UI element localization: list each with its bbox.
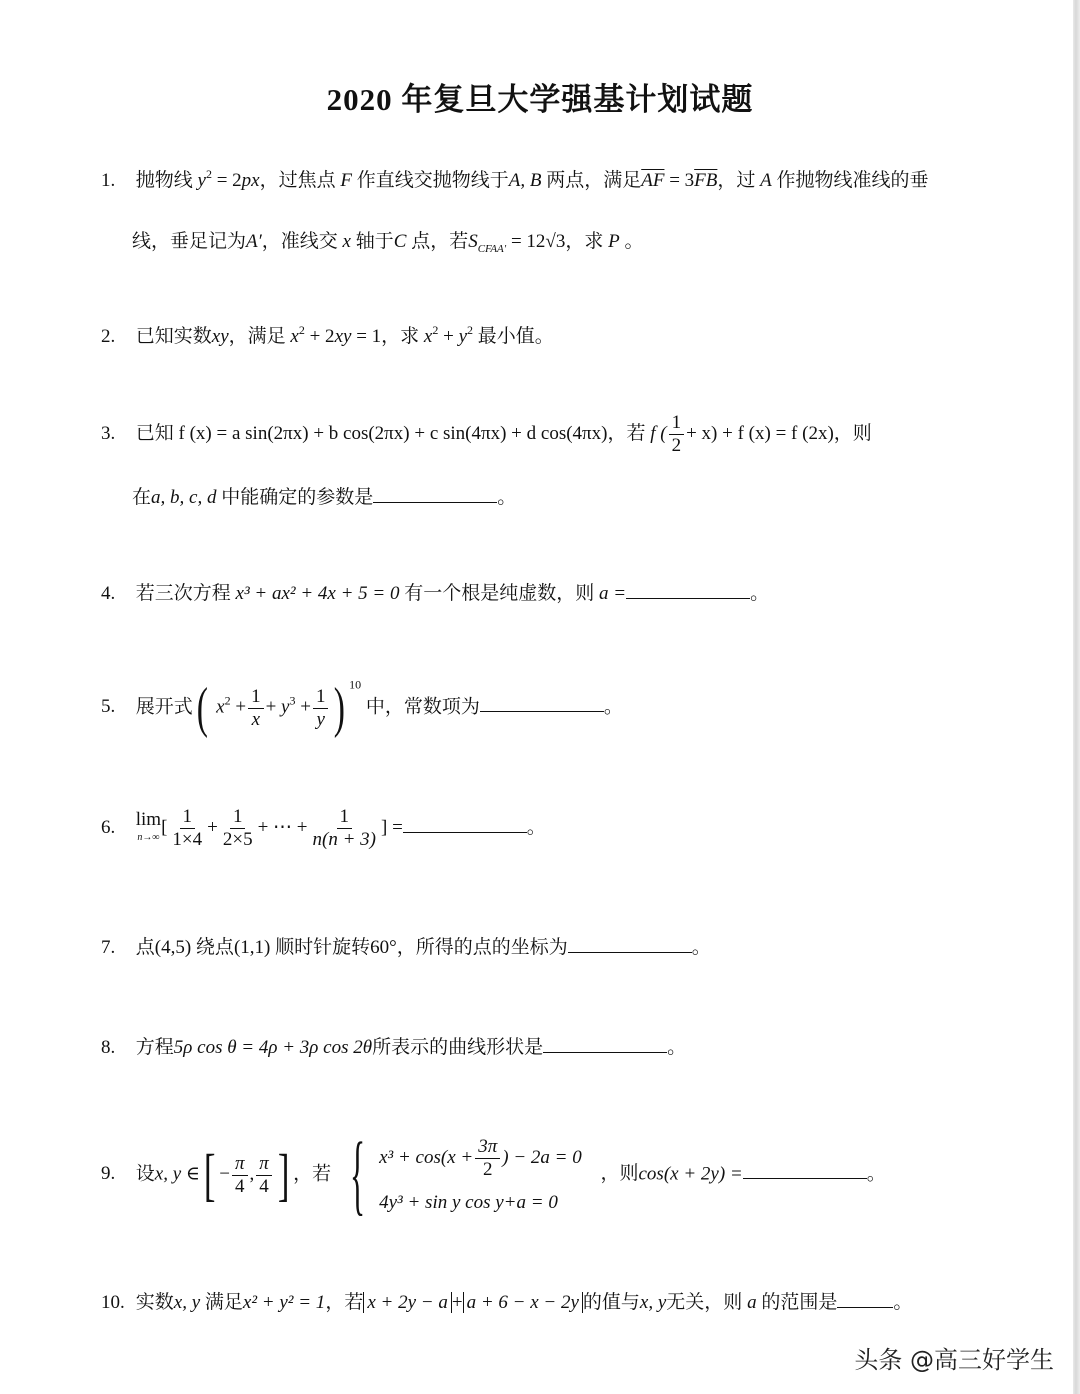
text: ，过 [717,170,755,191]
text: ，若 [607,423,645,444]
question-number: 7. [101,936,131,960]
numerator: 1 [248,686,264,709]
denominator: y [313,709,327,731]
right-paren: ) [334,680,345,736]
text: 顺时针旋转 [275,937,370,958]
fraction: 12×5 [220,806,256,851]
text: 已知实数 [136,326,212,347]
text: ，满足 [229,326,286,347]
question-8: 8. 方程5ρ cos θ = 4ρ + 3ρ cos 2θ所表示的曲线形状是。 [101,1034,686,1060]
text: ，则 [834,423,872,444]
question-5: 5. 展开式( x2 +1x+ y3 +1y)10 中，常数项为。 [101,680,623,736]
numerator: 1 [313,686,329,709]
numerator: π [256,1153,272,1176]
left-brace: { [350,1130,365,1220]
math: + [300,696,311,717]
text: 两点，满足 [546,170,641,191]
text: 。 [750,583,769,604]
text: 作直线交抛物线于 [357,170,509,191]
question-3: 3. 已知 f (x) = a sin(2πx) + b cos(2πx) + … [101,412,872,457]
math: xy [212,326,229,347]
text: 。 [867,1163,886,1184]
numerator: 1 [669,412,685,435]
math: ) − 2a = 0 [502,1146,581,1167]
math: A, B [509,170,542,191]
denominator: 1×4 [169,829,205,851]
text: ，准线交 [262,231,338,252]
question-2: 2. 已知实数xy，满足 x2 + 2xy = 1，求 x2 + y2 最小值。 [101,325,554,349]
limit: limn→∞ [136,811,161,847]
math: cos(x + 2y) = [639,1163,743,1184]
math: 60° [370,937,397,958]
text: 的范围是 [761,1292,837,1313]
denominator: 4 [256,1176,272,1198]
fraction: 11×4 [169,806,205,851]
text: 。 [624,231,643,252]
text: 中能确定的参数是 [221,487,373,508]
math: A [760,170,772,191]
question-1-line-2: 线，垂足记为A′，准线交 x 轴于C 点，若SCFAA′ = 12√3，求 P … [132,226,643,253]
left-paren: ( [196,680,207,736]
math: px [242,170,260,191]
answer-blank[interactable] [568,934,692,953]
math-sup: 2 [225,693,231,707]
math-sup: 2 [467,323,473,337]
math: + [438,326,458,347]
question-number: 1. [101,169,131,193]
answer-blank[interactable] [743,1160,867,1179]
numerator: π [232,1153,248,1176]
math: C [394,231,407,252]
math: + ⋯ + [258,817,308,838]
answer-blank[interactable] [543,1034,667,1053]
math: (4,5) [155,937,191,958]
question-4: 4. 若三次方程 x³ + ax² + 4x + 5 = 0 有一个根是纯虚数，… [101,580,769,606]
numerator: 1 [180,806,196,829]
math: f (x) = a sin(2πx) + b cos(2πx) + c sin(… [179,423,608,444]
math-sub: CFAA′ [478,243,506,255]
math: = 2 [212,170,242,191]
text: 所表示的曲线形状是 [372,1037,543,1058]
text: 方程 [136,1037,174,1058]
fraction: 1n(n + 3) [310,806,379,851]
math: (1,1) [234,937,270,958]
question-number: 2. [101,325,131,349]
text: 已知 [136,423,174,444]
math: x [343,231,351,252]
text: ，求 [565,231,603,252]
math: = 3 [664,170,694,191]
exponent: 10 [349,677,361,691]
math: x, y [640,1292,666,1313]
text: 最小值。 [478,326,554,347]
text: ，若 [325,1292,363,1313]
math: = 12√3 [506,231,565,252]
text: 。 [667,1037,686,1058]
text: 无关，则 [666,1292,742,1313]
question-number: 10. [101,1291,131,1315]
lim-label: lim [136,811,161,829]
text: 有一个根是纯虚数，则 [404,583,594,604]
absolute-value: x + 2y − a [363,1292,452,1313]
fraction: π4 [256,1153,272,1198]
text: 轴于 [356,231,394,252]
left-bracket: [ [204,1146,216,1204]
math: x [216,696,224,717]
text: 在 [132,487,151,508]
equation-1: x³ + cos(x +3π2) − 2a = 0 [379,1136,582,1181]
math: x² + y² = 1 [243,1292,325,1313]
math: + x) + f (x) = f (2x) [686,423,834,444]
question-number: 3. [101,422,131,446]
math: x [290,326,298,347]
answer-blank[interactable] [403,814,527,833]
math: x³ + ax² + 4x + 5 = 0 [236,583,400,604]
text: ，过焦点 [260,170,336,191]
math: S [468,231,478,252]
text: 的值与 [583,1292,640,1313]
question-10: 10. 实数x, y 满足x² + y² = 1，若x + 2y − a+a +… [101,1289,912,1315]
math-sup: 3 [289,693,295,707]
denominator: x [249,709,263,731]
text: 若三次方程 [136,583,231,604]
question-3-line-2: 在a, b, c, d 中能确定的参数是。 [132,482,516,509]
question-7: 7. 点(4,5) 绕点(1,1) 顺时针旋转60°，所得的点的坐标为。 [101,934,711,960]
numerator: 1 [337,806,353,829]
numerator: 1 [230,806,246,829]
math: xy [335,326,352,347]
denominator: 2 [480,1159,496,1181]
math: = 1，求 [351,326,419,347]
text: 。 [893,1292,912,1313]
math: + [235,696,246,717]
math: ] = [381,817,403,838]
math: + 2 [305,326,335,347]
math: a = [599,583,626,604]
answer-blank[interactable] [373,484,497,503]
question-number: 5. [101,695,131,719]
math: 5ρ cos θ = 4ρ + 3ρ cos 2θ [174,1037,372,1058]
question-number: 6. [101,816,131,840]
vector: FB [694,170,717,191]
question-number: 4. [101,582,131,606]
equation-2: 4y³ + sin y cos y+a = 0 [379,1191,582,1215]
lim-subscript: n→∞ [137,829,159,847]
equations: x³ + cos(x +3π2) − 2a = 0 4y³ + sin y co… [379,1136,582,1215]
text: 设 [136,1163,155,1184]
text: 点，若 [411,231,468,252]
math: [ [161,817,167,838]
math: y [198,170,206,191]
math: + [266,696,277,717]
numerator: 3π [475,1136,500,1159]
document-title: 2020 年复旦大学强基计划试题 [0,74,1080,119]
math: a [747,1292,757,1313]
math: a, b, c, d [151,487,216,508]
text: 绕点 [196,937,234,958]
equation-system: { x³ + cos(x +3π2) − 2a = 0 4y³ + sin y … [336,1130,582,1220]
answer-blank[interactable] [480,693,604,712]
denominator: 2 [669,435,685,457]
text: 。 [527,817,546,838]
text: 作抛物线准线的垂 [777,170,929,191]
text: 点 [136,937,155,958]
denominator: 2×5 [220,829,256,851]
text: ，所得的点的坐标为 [397,937,568,958]
vector: AF [641,170,664,191]
math: P [608,231,620,252]
right-bracket: ] [278,1146,290,1204]
text: 线，垂足记为 [132,231,246,252]
denominator: n(n + 3) [310,829,379,851]
math: y [459,326,467,347]
math: + [452,1292,463,1313]
answer-blank[interactable] [837,1289,893,1308]
math: f ( [650,423,666,444]
text: 满足 [205,1292,243,1313]
fraction: 1y [313,686,329,731]
fraction: π4 [232,1153,248,1198]
text: 实数 [136,1292,174,1313]
question-9: 9. 设x, y ∈[−π4,π4]，若 { x³ + cos(x +3π2) … [101,1130,886,1220]
math: x, y ∈ [155,1163,200,1184]
absolute-value: a + 6 − x − 2y [463,1292,583,1313]
text: 。 [692,937,711,958]
text: ，则 [600,1163,638,1184]
text: 中，常数项为 [366,696,480,717]
math: F [340,170,352,191]
text: 抛物线 [136,170,193,191]
math: x³ + cos(x + [379,1146,473,1167]
watermark: 头条 @高三好学生 [854,1340,1054,1375]
question-1: 1. 抛物线 y2 = 2px，过焦点 F 作直线交抛物线于A, B 两点，满足… [101,169,929,193]
denominator: 4 [232,1176,248,1198]
math: x, y [174,1292,200,1313]
question-6: 6. limn→∞[11×4+12×5+ ⋯ +1n(n + 3)] =。 [101,806,546,851]
page-edge-shadow [1073,0,1080,1394]
math: A′ [246,231,262,252]
text: 展开式 [136,696,193,717]
question-number: 8. [101,1036,131,1060]
fraction: 1x [248,686,264,731]
text: 。 [497,487,516,508]
fraction: 3π2 [475,1136,500,1181]
fraction: 12 [669,412,685,457]
text: ，若 [293,1163,331,1184]
answer-blank[interactable] [626,580,750,599]
text: 。 [604,696,623,717]
question-number: 9. [101,1162,131,1186]
